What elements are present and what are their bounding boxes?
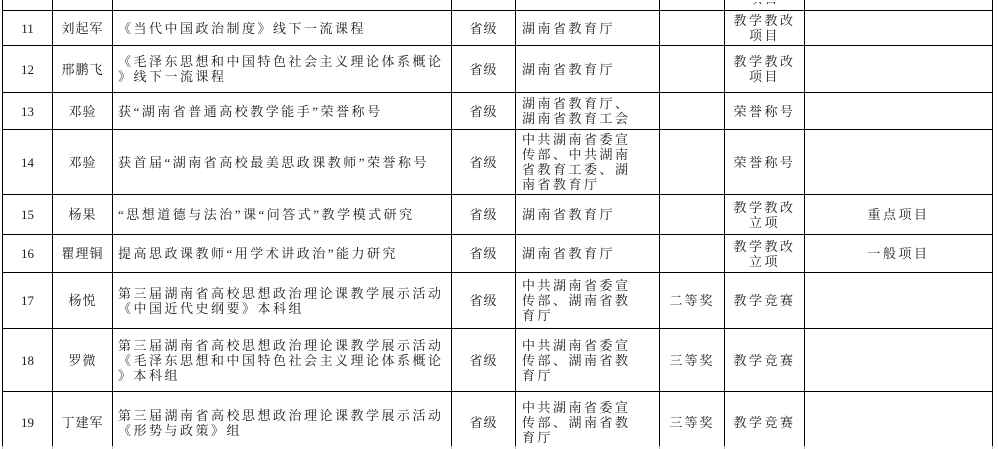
category-cell: 教学竞赛 xyxy=(725,273,805,329)
achievement-cell: 第三届湖南省高校思想政治理论课教学展示活动《形势与政策》组 xyxy=(113,392,452,449)
award-cell: 二等奖 xyxy=(660,273,725,329)
note-cell xyxy=(805,130,993,195)
level-label: 省级 xyxy=(469,62,497,77)
level-label: 省级 xyxy=(469,293,497,308)
note-cell xyxy=(805,11,993,46)
achievement-label: 第三届湖南省高校思想政治理论课教学展示活动《中国近代史纲要》本科组 xyxy=(118,286,444,316)
level-cell xyxy=(452,0,516,11)
row-number-label: 12 xyxy=(21,62,34,77)
level-cell: 省级 xyxy=(452,392,516,449)
category-cell: 教学竞赛 xyxy=(725,392,805,449)
category-cell: 荣誉称号 xyxy=(725,93,805,130)
category-fragment-label: 项目 xyxy=(729,2,800,6)
award-cell xyxy=(660,11,725,46)
table-row: 16 瞿理铜 提高思政课教师“用学术讲政治”能力研究 省级 湖南省教育厅 教学教… xyxy=(3,235,993,273)
category-label: 教学教改立项 xyxy=(733,239,795,269)
awards-table: 项目 11 刘起军 《当代中国政治制度》线下一流课程 省级 湖南省教育厅 教学教… xyxy=(2,0,993,449)
row-number-cell: 14 xyxy=(3,130,53,195)
table-row: 17 杨悦 第三届湖南省高校思想政治理论课教学展示活动《中国近代史纲要》本科组 … xyxy=(3,273,993,329)
achievement-label: 《当代中国政治制度》线下一流课程 xyxy=(118,21,366,36)
clipped-text-fragment: 项目 xyxy=(729,2,800,8)
achievement-label: 第三届湖南省高校思想政治理论课教学展示活动《毛泽东思想和中国特色社会主义理论体系… xyxy=(118,338,444,383)
table-row: 11 刘起军 《当代中国政治制度》线下一流课程 省级 湖南省教育厅 教学教改项目 xyxy=(3,11,993,46)
row-number-cell: 11 xyxy=(3,11,53,46)
category-label: 荣誉称号 xyxy=(733,104,795,119)
level-label: 省级 xyxy=(469,207,497,222)
name-label: 邓验 xyxy=(68,104,96,119)
level-label: 省级 xyxy=(469,246,497,261)
name-label: 罗微 xyxy=(68,353,96,368)
issuer-cell: 湖南省教育厅 xyxy=(516,46,660,93)
category-label: 教学竞赛 xyxy=(733,353,795,368)
award-cell xyxy=(660,93,725,130)
note-cell xyxy=(805,329,993,392)
issuer-label: 中共湖南省委宣传部、湖南省教育厅 xyxy=(522,338,631,383)
row-number-label: 15 xyxy=(21,207,34,222)
category-label: 荣誉称号 xyxy=(733,155,795,170)
award-cell xyxy=(660,46,725,93)
level-label: 省级 xyxy=(469,415,497,430)
row-number-label: 11 xyxy=(21,21,34,36)
level-cell: 省级 xyxy=(452,195,516,235)
level-label: 省级 xyxy=(469,21,497,36)
achievement-label: “思想道德与法治”课“问答式”教学模式研究 xyxy=(118,207,415,222)
row-number-label: 17 xyxy=(21,293,34,308)
award-label: 三等奖 xyxy=(669,353,714,368)
note-cell xyxy=(805,0,993,11)
document-table-view: 项目 11 刘起军 《当代中国政治制度》线下一流课程 省级 湖南省教育厅 教学教… xyxy=(0,0,998,449)
table-row: 19 丁建军 第三届湖南省高校思想政治理论课教学展示活动《形势与政策》组 省级 … xyxy=(3,392,993,449)
category-cell: 荣誉称号 xyxy=(725,130,805,195)
level-label: 省级 xyxy=(469,353,497,368)
name-label: 丁建军 xyxy=(61,415,103,430)
award-label: 三等奖 xyxy=(669,415,714,430)
note-cell xyxy=(805,93,993,130)
level-label: 省级 xyxy=(469,104,497,119)
category-label: 教学教改立项 xyxy=(733,200,795,230)
row-number-cell: 15 xyxy=(3,195,53,235)
row-number-label: 19 xyxy=(21,415,34,430)
note-label: 重点项目 xyxy=(867,207,929,222)
issuer-label: 湖南省教育厅 xyxy=(522,21,615,36)
achievement-label: 《毛泽东思想和中国特色社会主义理论体系概论》线下一流课程 xyxy=(118,54,444,84)
name-cell: 邓验 xyxy=(53,130,113,195)
category-label: 教学竞赛 xyxy=(733,293,795,308)
name-cell: 邢鹏飞 xyxy=(53,46,113,93)
award-cell: 三等奖 xyxy=(660,329,725,392)
row-number-cell: 16 xyxy=(3,235,53,273)
name-cell: 邓验 xyxy=(53,93,113,130)
category-label: 教学教改项目 xyxy=(733,54,795,84)
issuer-cell: 湖南省教育厅 xyxy=(516,195,660,235)
achievement-cell xyxy=(113,0,452,11)
note-cell xyxy=(805,392,993,449)
category-label: 教学竞赛 xyxy=(733,415,795,430)
level-cell: 省级 xyxy=(452,11,516,46)
category-cell: 教学教改项目 xyxy=(725,46,805,93)
level-cell: 省级 xyxy=(452,273,516,329)
note-cell xyxy=(805,273,993,329)
category-cell: 教学教改立项 xyxy=(725,235,805,273)
row-number-label: 16 xyxy=(21,246,34,261)
table-row: 14 邓验 获首届“湖南省高校最美思政课教师”荣誉称号 省级 中共湖南省委宣传部… xyxy=(3,130,993,195)
table-row: 18 罗微 第三届湖南省高校思想政治理论课教学展示活动《毛泽东思想和中国特色社会… xyxy=(3,329,993,392)
name-cell: 罗微 xyxy=(53,329,113,392)
name-label: 邢鹏飞 xyxy=(61,62,103,77)
category-cell: 教学竞赛 xyxy=(725,329,805,392)
level-cell: 省级 xyxy=(452,93,516,130)
issuer-cell: 中共湖南省委宣传部、湖南省教育厅 xyxy=(516,329,660,392)
table-row: 15 杨果 “思想道德与法治”课“问答式”教学模式研究 省级 湖南省教育厅 教学… xyxy=(3,195,993,235)
name-label: 邓验 xyxy=(68,155,96,170)
issuer-label: 湖南省教育厅、湖南省教育工会 xyxy=(522,96,631,126)
name-cell: 瞿理铜 xyxy=(53,235,113,273)
achievement-label: 第三届湖南省高校思想政治理论课教学展示活动《形势与政策》组 xyxy=(118,408,444,438)
row-number-cell xyxy=(3,0,53,11)
award-cell xyxy=(660,0,725,11)
achievement-label: 获“湖南省普通高校教学能手”荣誉称号 xyxy=(118,104,383,119)
name-cell: 杨悦 xyxy=(53,273,113,329)
issuer-cell: 中共湖南省委宣传部、中共湖南省教育工委、湖南省教育厅 xyxy=(516,130,660,195)
name-cell: 刘起军 xyxy=(53,11,113,46)
achievement-cell: 提高思政课教师“用学术讲政治”能力研究 xyxy=(113,235,452,273)
note-cell xyxy=(805,46,993,93)
row-number-label: 13 xyxy=(21,104,34,119)
issuer-cell: 中共湖南省委宣传部、湖南省教育厅 xyxy=(516,273,660,329)
achievement-cell: 第三届湖南省高校思想政治理论课教学展示活动《中国近代史纲要》本科组 xyxy=(113,273,452,329)
achievement-cell: 第三届湖南省高校思想政治理论课教学展示活动《毛泽东思想和中国特色社会主义理论体系… xyxy=(113,329,452,392)
award-cell xyxy=(660,130,725,195)
row-number-cell: 18 xyxy=(3,329,53,392)
issuer-label: 湖南省教育厅 xyxy=(522,62,615,77)
row-number-cell: 13 xyxy=(3,93,53,130)
achievement-cell: “思想道德与法治”课“问答式”教学模式研究 xyxy=(113,195,452,235)
issuer-label: 中共湖南省委宣传部、湖南省教育厅 xyxy=(522,400,631,445)
issuer-cell xyxy=(516,0,660,11)
note-cell: 重点项目 xyxy=(805,195,993,235)
row-number-cell: 19 xyxy=(3,392,53,449)
name-cell xyxy=(53,0,113,11)
category-cell: 项目 xyxy=(725,0,805,11)
name-cell: 杨果 xyxy=(53,195,113,235)
achievement-label: 获首届“湖南省高校最美思政课教师”荣誉称号 xyxy=(118,155,429,170)
name-label: 杨果 xyxy=(68,207,96,222)
level-cell: 省级 xyxy=(452,329,516,392)
category-cell: 教学教改立项 xyxy=(725,195,805,235)
name-cell: 丁建军 xyxy=(53,392,113,449)
issuer-label: 湖南省教育厅 xyxy=(522,207,615,222)
achievement-cell: 获首届“湖南省高校最美思政课教师”荣誉称号 xyxy=(113,130,452,195)
name-label: 刘起军 xyxy=(61,21,103,36)
issuer-label: 中共湖南省委宣传部、中共湖南省教育工委、湖南省教育厅 xyxy=(522,132,631,192)
row-number-label: 18 xyxy=(21,353,34,368)
level-label: 省级 xyxy=(469,155,497,170)
name-label: 瞿理铜 xyxy=(61,246,103,261)
table-row: 13 邓验 获“湖南省普通高校教学能手”荣誉称号 省级 湖南省教育厅、湖南省教育… xyxy=(3,93,993,130)
row-number-cell: 12 xyxy=(3,46,53,93)
level-cell: 省级 xyxy=(452,46,516,93)
achievement-cell: 获“湖南省普通高校教学能手”荣誉称号 xyxy=(113,93,452,130)
issuer-cell: 湖南省教育厅 xyxy=(516,11,660,46)
note-label: 一般项目 xyxy=(867,246,929,261)
row-number-cell: 17 xyxy=(3,273,53,329)
row-number-label: 14 xyxy=(21,155,34,170)
issuer-label: 湖南省教育厅 xyxy=(522,246,615,261)
achievement-cell: 《毛泽东思想和中国特色社会主义理论体系概论》线下一流课程 xyxy=(113,46,452,93)
table-row: 12 邢鹏飞 《毛泽东思想和中国特色社会主义理论体系概论》线下一流课程 省级 湖… xyxy=(3,46,993,93)
issuer-label: 中共湖南省委宣传部、湖南省教育厅 xyxy=(522,278,631,323)
clipped-previous-row: 项目 xyxy=(3,0,993,11)
note-cell: 一般项目 xyxy=(805,235,993,273)
achievement-cell: 《当代中国政治制度》线下一流课程 xyxy=(113,11,452,46)
award-label: 二等奖 xyxy=(669,293,714,308)
issuer-cell: 湖南省教育厅、湖南省教育工会 xyxy=(516,93,660,130)
category-cell: 教学教改项目 xyxy=(725,11,805,46)
name-label: 杨悦 xyxy=(68,293,96,308)
award-cell xyxy=(660,235,725,273)
issuer-cell: 湖南省教育厅 xyxy=(516,235,660,273)
category-label: 教学教改项目 xyxy=(733,13,795,43)
award-cell xyxy=(660,195,725,235)
level-cell: 省级 xyxy=(452,235,516,273)
level-cell: 省级 xyxy=(452,130,516,195)
issuer-cell: 中共湖南省委宣传部、湖南省教育厅 xyxy=(516,392,660,449)
award-cell: 三等奖 xyxy=(660,392,725,449)
achievement-label: 提高思政课教师“用学术讲政治”能力研究 xyxy=(118,246,398,261)
